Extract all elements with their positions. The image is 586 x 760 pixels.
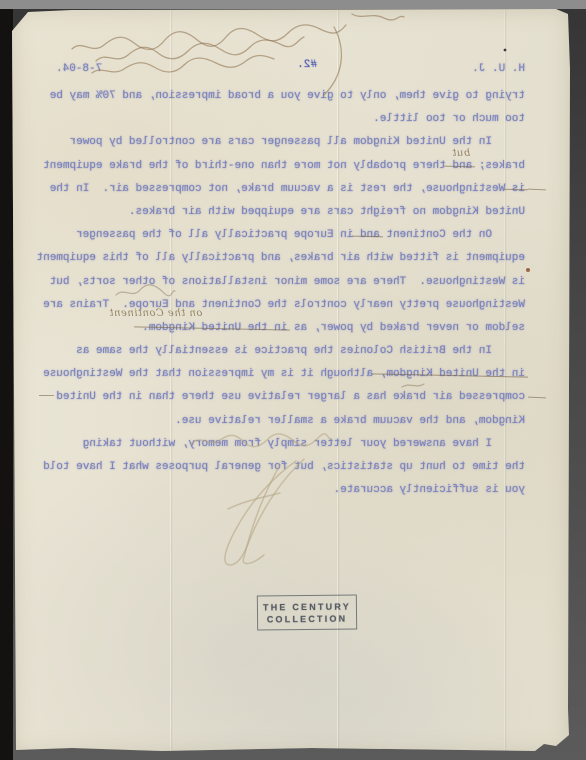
pencil-margin-dash	[39, 395, 54, 396]
paper: #2. H. U. J. 7-8-04. trying to give them…	[12, 9, 570, 753]
typed-letter-mirrored: #2. H. U. J. 7-8-04. trying to give them…	[38, 53, 525, 502]
rust-speck	[526, 268, 530, 272]
letter-line: On the Continent and in Europe practical…	[38, 224, 525, 247]
letter-line: the time to hunt up statistics, but for …	[38, 456, 525, 479]
scanner-left-band	[0, 0, 13, 760]
page-number: #2.	[297, 59, 317, 71]
letter-line: Kingdom, and the vacuum brake a smaller …	[38, 410, 525, 433]
letter-line: equipment is fitted with air brakes, and…	[38, 247, 525, 270]
letter-line: is Westinghouse. There are some minor in…	[38, 271, 525, 294]
century-collection-stamp: THE CENTURY COLLECTION	[257, 594, 357, 630]
pencil-strikethrough: in the United Kingdom,	[380, 368, 525, 380]
letter-line: trying to give them, only to give you a …	[38, 85, 525, 108]
letter-line: United Kingdom no freight cars are equip…	[38, 201, 525, 224]
letter-line: is Westinghouse, the rest is a vacuum br…	[38, 178, 525, 201]
pencil-note: but	[452, 148, 470, 159]
scanner-top-strip	[0, 0, 586, 9]
typist-initials: H. U. J.	[472, 63, 525, 79]
letter-body: trying to give them, only to give you a …	[38, 85, 525, 502]
letter-line: brakes; andbut there probably not more t…	[38, 155, 525, 178]
letter-header: H. U. J. 7-8-04.	[38, 63, 525, 79]
letter-line: seldom or never braked by power, as in t…	[38, 317, 525, 340]
stamp-line-2: COLLECTION	[260, 613, 354, 626]
letter-line: In the British Colonies the practice is …	[38, 340, 525, 363]
letter-line: I have answered your letter simply from …	[38, 433, 525, 456]
letter-date: 7-8-04.	[38, 63, 102, 79]
scanned-letter-verso: #2. H. U. J. 7-8-04. trying to give them…	[0, 0, 586, 760]
pencil-margin-dash	[528, 397, 546, 399]
pencil-strikethrough: andbut	[452, 160, 472, 172]
pencil-margin-dash	[528, 188, 546, 190]
letter-line: in the United Kingdom, although it is my…	[38, 363, 525, 386]
pencil-strikethrough: is	[512, 183, 525, 195]
letter-line: you is sufficiently accurate.	[38, 479, 525, 502]
letter-line: too much or too little.	[38, 108, 525, 131]
pencil-note: on the Continent	[109, 308, 202, 319]
pencil-strikethrough: in the United Kingdom.on the Continent	[142, 322, 287, 334]
stamp-line-1: THE CENTURY	[260, 601, 354, 614]
letter-line: compressed air brake has a larger relati…	[38, 386, 525, 409]
pencil-strikethrough: and	[360, 229, 380, 241]
